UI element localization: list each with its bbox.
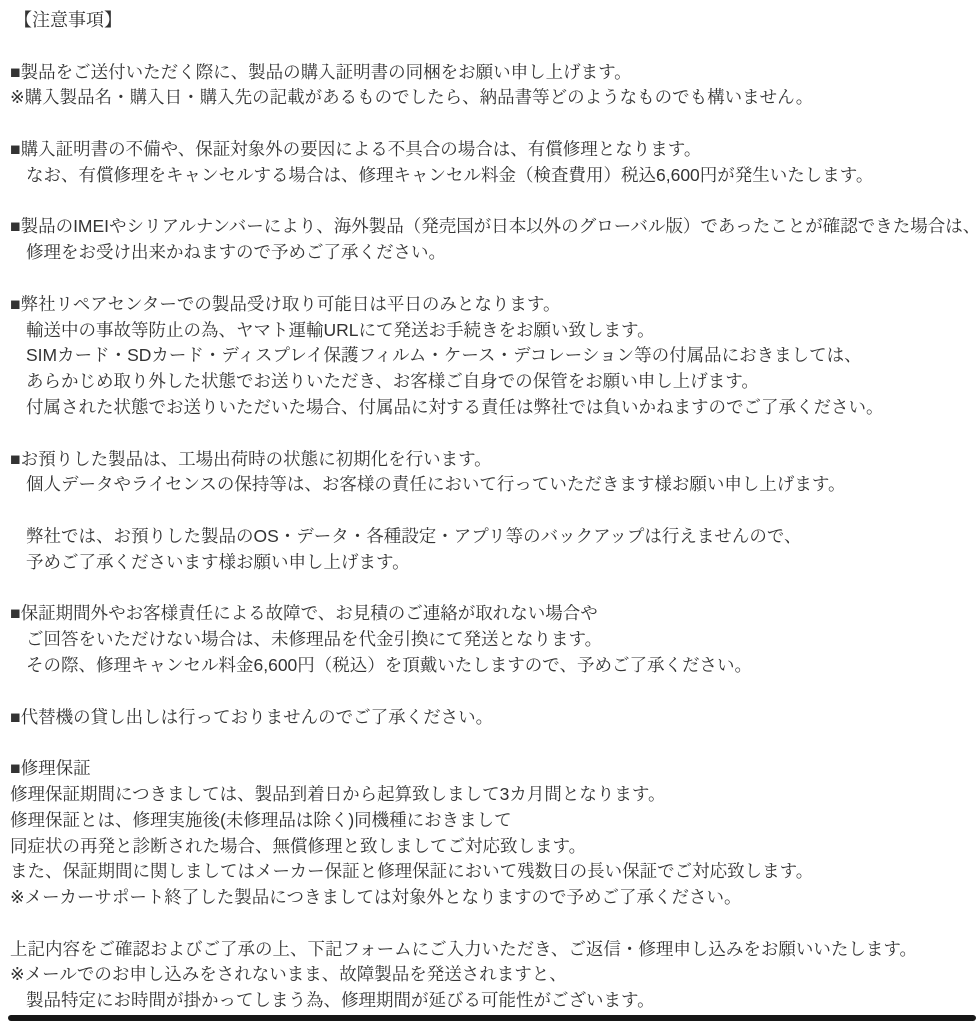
notice-line: また、保証期間に関しましてはメーカー保証と修理保証において残数日の長い保証でご対… (10, 859, 976, 885)
notice-line: ※メーカーサポート終了した製品につきましては対象外となりますので予めご了承くださ… (10, 885, 976, 911)
notice-line: ■代替機の貸し出しは行っておりませんのでご了承ください。 (10, 705, 976, 731)
page-title: 【注意事項】 (14, 8, 976, 34)
notice-line: なお、有償修理をキャンセルする場合は、修理キャンセル料金（検査費用）税込6,60… (10, 163, 976, 189)
notice-section: ■製品のIMEIやシリアルナンバーにより、海外製品（発売国が日本以外のグローバル… (10, 214, 976, 266)
notice-section: ■修理保証修理保証期間につきましては、製品到着日から起算致しまして3カ月間となり… (10, 756, 976, 911)
notice-line: 上記内容をご確認およびご了承の上、下記フォームにご入力いただき、ご返信・修理申し… (10, 937, 976, 963)
notice-section: ■お預りした製品は、工場出荷時の状態に初期化を行います。個人データやライセンスの… (10, 447, 976, 576)
notice-sections: ■製品をご送付いただく際に、製品の購入証明書の同梱をお願い申し上げます。※購入製… (10, 60, 976, 1014)
notice-line: ■お預りした製品は、工場出荷時の状態に初期化を行います。 (10, 447, 976, 473)
notice-line: ※購入製品名・購入日・購入先の記載があるものでしたら、納品書等どのようなものでも… (10, 85, 976, 111)
notice-document: 【注意事項】 ■製品をご送付いただく際に、製品の購入証明書の同梱をお願い申し上げ… (10, 8, 976, 1014)
notice-line: ご回答をいただけない場合は、未修理品を代金引換にて発送となります。 (10, 627, 976, 653)
notice-line: ■購入証明書の不備や、保証対象外の要因による不具合の場合は、有償修理となります。 (10, 137, 976, 163)
notice-section: ■保証期間外やお客様責任による故障で、お見積のご連絡が取れない場合やご回答をいた… (10, 601, 976, 678)
notice-line: 弊社では、お預りした製品のOS・データ・各種設定・アプリ等のバックアップは行えま… (10, 524, 976, 550)
notice-line: ■弊社リペアセンターでの製品受け取り可能日は平日のみとなります。 (10, 292, 976, 318)
notice-section: 上記内容をご確認およびご了承の上、下記フォームにご入力いただき、ご返信・修理申し… (10, 937, 976, 1014)
notice-line: ■修理保証 (10, 756, 976, 782)
notice-section: ■購入証明書の不備や、保証対象外の要因による不具合の場合は、有償修理となります。… (10, 137, 976, 189)
notice-line: ※メールでのお申し込みをされないまま、故障製品を発送されますと、 (10, 962, 976, 988)
notice-line: 予めご了承くださいます様お願い申し上げます。 (10, 550, 976, 576)
notice-line: ■保証期間外やお客様責任による故障で、お見積のご連絡が取れない場合や (10, 601, 976, 627)
notice-line: 修理保証期間につきましては、製品到着日から起算致しまして3カ月間となります。 (10, 782, 976, 808)
notice-line: あらかじめ取り外した状態でお送りいただき、お客様ご自身での保管をお願い申し上げま… (10, 369, 976, 395)
notice-section: ■弊社リペアセンターでの製品受け取り可能日は平日のみとなります。輸送中の事故等防… (10, 292, 976, 421)
notice-line: SIMカード・SDカード・ディスプレイ保護フィルム・ケース・デコレーション等の付… (10, 343, 976, 369)
notice-line: ■製品のIMEIやシリアルナンバーにより、海外製品（発売国が日本以外のグローバル… (10, 214, 976, 240)
blank-line (10, 498, 976, 524)
notice-line: 修理保証とは、修理実施後(未修理品は除く)同機種におきまして (10, 808, 976, 834)
notice-line: 製品特定にお時間が掛かってしまう為、修理期間が延びる可能性がございます。 (10, 988, 976, 1014)
bottom-divider-bar (8, 1015, 976, 1021)
notice-line: その際、修理キャンセル料金6,600円（税込）を頂戴いたしますので、予めご了承く… (10, 653, 976, 679)
notice-section: ■代替機の貸し出しは行っておりませんのでご了承ください。 (10, 705, 976, 731)
notice-line: ■製品をご送付いただく際に、製品の購入証明書の同梱をお願い申し上げます。 (10, 60, 976, 86)
notice-line: 個人データやライセンスの保持等は、お客様の責任において行っていただきます様お願い… (10, 472, 976, 498)
notice-section: ■製品をご送付いただく際に、製品の購入証明書の同梱をお願い申し上げます。※購入製… (10, 60, 976, 112)
notice-line: 同症状の再発と診断された場合、無償修理と致しましてご対応致します。 (10, 834, 976, 860)
notice-line: 付属された状態でお送りいただいた場合、付属品に対する責任は弊社では負いかねますの… (10, 395, 976, 421)
notice-line: 輸送中の事故等防止の為、ヤマト運輸URLにて発送お手続きをお願い致します。 (10, 318, 976, 344)
notice-line: 修理をお受け出来かねますので予めご了承ください。 (10, 240, 976, 266)
